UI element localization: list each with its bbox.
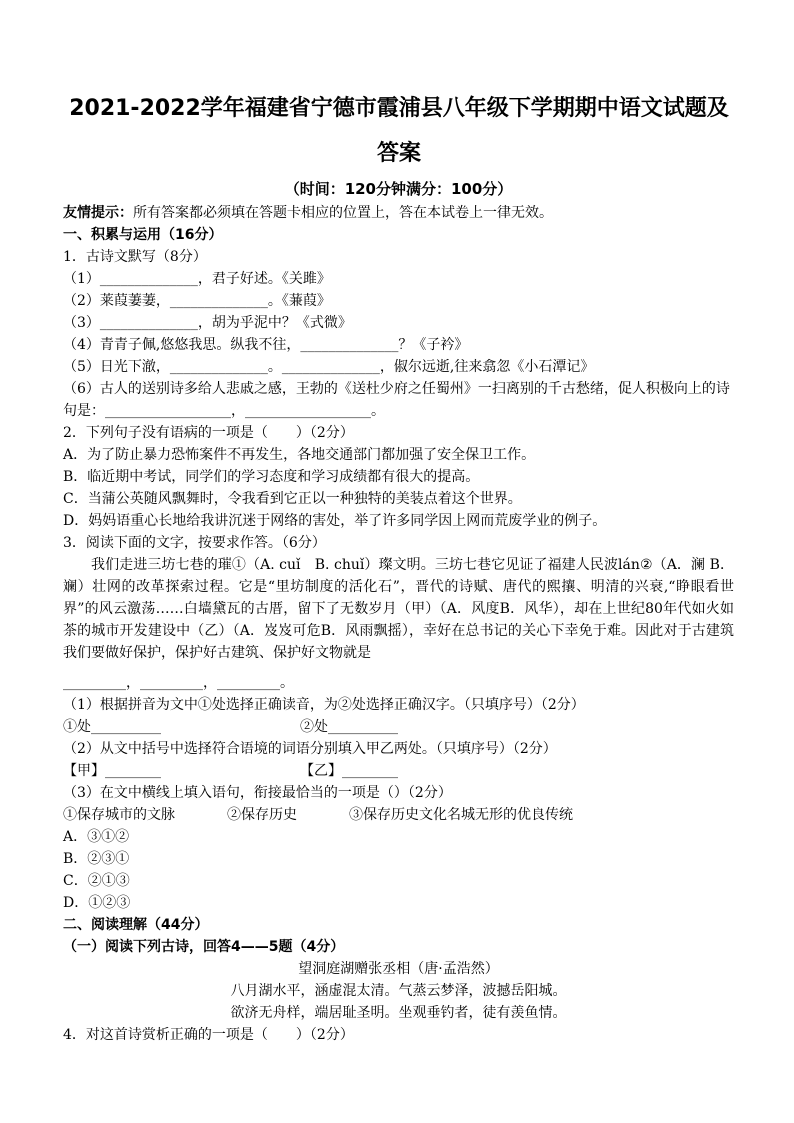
q3-sub2-blanks: 【甲】________【乙】________ [63,760,734,782]
q3-sub2-blank-jia: 【甲】________ [63,760,300,782]
q3-sub2-blank-yi: 【乙】________ [300,763,398,779]
q3-sub1-blanks: ①处__________②处__________ [63,716,734,738]
q1-item-5: （5）日光下澈，______________。______________，俶尔… [63,356,734,378]
q1-item-1: （1）______________，君子好述。《关雎》 [63,268,734,290]
q3-sub1-blank-1: ①处__________ [63,716,300,738]
q3-sub3-option-a: A．③①② [63,826,734,848]
q3-sub3-item-3: ③保存历史文化名城无形的优良传统 [349,807,573,823]
section1-heading: 一、积累与运用（16分） [63,224,734,246]
q1-item-4: （4）青青子佩,悠悠我思。纵我不往，______________？《子衿》 [63,334,734,356]
q2-option-a: A．为了防止暴力恐怖案件不再发生，各地交通部门都加强了安全保卫工作。 [63,444,734,466]
q3-passage: 我们走进三坊七巷的璀①（A. cuǐ B. chuǐ）璨文明。三坊七巷它见证了福… [63,554,734,664]
q2-option-b: B．临近期中考试，同学们的学习态度和学习成绩都有很大的提高。 [63,466,734,488]
q3-passage-blanks: _________，_________，_________。 [63,672,734,694]
q2-stem: 2．下列句子没有语病的一项是（ ）（2分） [63,422,734,444]
q3-sub3-option-d: D．①②③ [63,892,734,914]
notice-text: 所有答案都必须填在答题卡相应的位置上，答在本试卷上一律无效。 [133,205,553,221]
q3-sub3-items: ①保存城市的文脉②保存历史③保存历史文化名城无形的优良传统 [63,804,734,826]
q3-sub3-option-b: B．②③① [63,848,734,870]
q3-sub1-blank-2: ②处__________ [300,719,398,735]
q3-sub1-stem: （1）根据拼音为文中①处选择正确读音，为②处选择正确汉字。（只填序号）（2分） [63,694,734,716]
q1-item-2: （2）莱葭萋萋，______________。《蒹葭》 [63,290,734,312]
q1-item-3: （3）______________，胡为乎泥中？《式微》 [63,312,734,334]
q3-sub2-stem: （2）从文中括号中选择符合语境的词语分别填入甲乙两处。（只填序号）（2分） [63,738,734,760]
page-title: 2021-2022学年福建省宁德市霞浦县八年级下学期期中语文试题及答案 [63,86,735,176]
notice-line: 友情提示：所有答案都必须填在答题卡相应的位置上，答在本试卷上一律无效。 [63,202,734,224]
q3-sub3-item-2: ②保存历史 [227,807,297,823]
q3-sub3-stem: （3）在文中横线上填入语句，衔接最恰当的一项是（）（2分） [63,782,734,804]
q2-option-d: D．妈妈语重心长地给我讲沉迷于网络的害处，举了许多同学因上网而荒废学业的例子。 [63,510,734,532]
q2-option-c: C．当蒲公英随风飘舞时，令我看到它正以一种独特的美装点着这个世界。 [63,488,734,510]
notice-label: 友情提示： [63,205,133,221]
q3-sub3-option-c: C．②①③ [63,870,734,892]
q4-stem: 4．对这首诗赏析正确的一项是（ ）（2分） [63,1024,734,1046]
section2-sub-heading: （一）阅读下列古诗，回答4——5题（4分） [63,936,734,958]
poem-title: 望洞庭湖赠张丞相（唐·孟浩然） [63,958,734,980]
poem-line-2: 欲济无舟样，端居耻圣明。坐观垂钓者，徒有羡鱼情。 [63,1002,734,1024]
poem-line-1: 八月湖水平，涵虚混太清。气蒸云梦泽，波撼岳阳城。 [63,980,734,1002]
time-score-line: （时间：120分钟满分：100分） [63,178,734,200]
q3-sub3-item-1: ①保存城市的文脉 [63,807,175,823]
q1-item-6: （6）古人的送别诗多给人悲戚之感，王勃的《送杜少府之任蜀州》一扫离别的千古愁绪，… [63,378,734,422]
q3-stem: 3．阅读下面的文字，按要求作答。（6分） [63,532,734,554]
exam-page: 2021-2022学年福建省宁德市霞浦县八年级下学期期中语文试题及答案 （时间：… [0,0,794,1046]
q1-stem: 1．古诗文默写（8分） [63,246,734,268]
section2-heading: 二、阅读理解（44分） [63,914,734,936]
